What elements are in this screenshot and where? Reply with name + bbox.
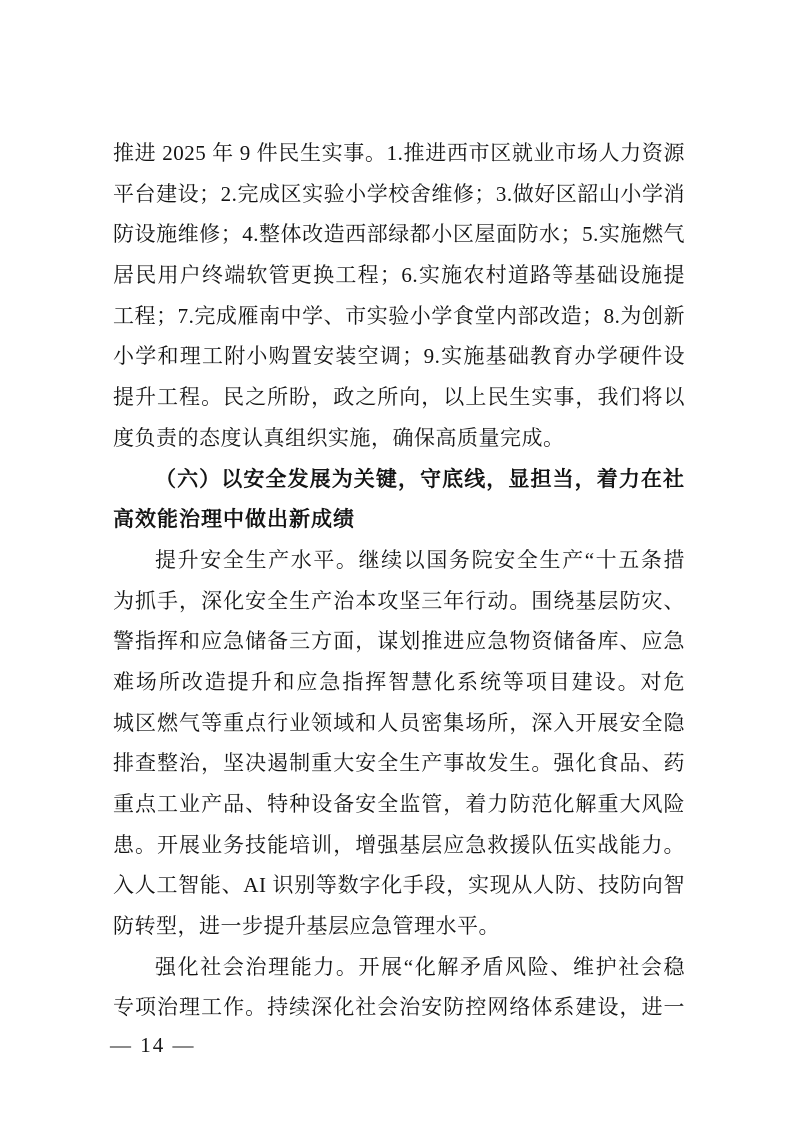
text-line: 平台建设；2.完成区实验小学校舍维修；3.做好区韶山小学消	[113, 174, 685, 215]
text-line: 小学和理工附小购置安装空调；9.实施基础教育办学硬件设施	[113, 336, 685, 377]
text-line: 工程；7.完成雁南中学、市实验小学食堂内部改造；8.为创新	[113, 296, 685, 337]
text-line: 推进 2025 年 9 件民生实事。1.推进西市区就业市场人力资源	[113, 133, 685, 174]
text-line: 入人工智能、AI 识别等数字化手段，实现从人防、技防向智	[113, 865, 685, 906]
text-line: 提升工程。民之所盼，政之所向，以上民生实事，我们将以高	[113, 377, 685, 418]
text-line: 提升安全生产水平。继续以国务院安全生产“十五条措施”	[113, 540, 685, 581]
document-page: 推进 2025 年 9 件民生实事。1.推进西市区就业市场人力资源平台建设；2.…	[0, 0, 793, 1122]
text-line: 重点工业产品、特种设备安全监管，着力防范化解重大风险隐	[113, 784, 685, 825]
text-line: 高效能治理中做出新成绩	[113, 499, 685, 540]
text-line: 居民用户终端软管更换工程；6.实施农村道路等基础设施提升	[113, 255, 685, 296]
page-number: — 14 —	[110, 1031, 196, 1059]
text-line: 防设施维修；4.整体改造西部绿都小区屋面防水；5.实施燃气	[113, 214, 685, 255]
text-line: 排查整治，坚决遏制重大安全生产事故发生。强化食品、药品、	[113, 743, 685, 784]
paragraph-social-governance: 强化社会治理能力。开展“化解矛盾风险、维护社会稳定”专项治理工作。持续深化社会治…	[113, 947, 685, 1028]
text-block: 推进 2025 年 9 件民生实事。1.推进西市区就业市场人力资源平台建设；2.…	[113, 133, 685, 1028]
text-line: 警指挥和应急储备三方面，谋划推进应急物资储备库、应急避	[113, 621, 685, 662]
text-line: 城区燃气等重点行业领域和人员密集场所，深入开展安全隐患	[113, 703, 685, 744]
text-line: 患。开展业务技能培训，增强基层应急救援队伍实战能力。引	[113, 825, 685, 866]
paragraph-livelihood-projects: 推进 2025 年 9 件民生实事。1.推进西市区就业市场人力资源平台建设；2.…	[113, 133, 685, 459]
text-line: 专项治理工作。持续深化社会治安防控网络体系建设，进一步	[113, 987, 685, 1028]
text-line: 难场所改造提升和应急指挥智慧化系统等项目建设。对危化、	[113, 662, 685, 703]
text-line: 防转型，进一步提升基层应急管理水平。	[113, 906, 685, 947]
text-line: （六）以安全发展为关键，守底线，显担当，着力在社会	[113, 459, 685, 500]
paragraph-work-safety: 提升安全生产水平。继续以国务院安全生产“十五条措施”为抓手，深化安全生产治本攻坚…	[113, 540, 685, 947]
heading-section-six: （六）以安全发展为关键，守底线，显担当，着力在社会高效能治理中做出新成绩	[113, 459, 685, 540]
text-line: 强化社会治理能力。开展“化解矛盾风险、维护社会稳定”	[113, 947, 685, 988]
text-line: 度负责的态度认真组织实施，确保高质量完成。	[113, 418, 685, 459]
text-line: 为抓手，深化安全生产治本攻坚三年行动。围绕基层防灾、预	[113, 581, 685, 622]
